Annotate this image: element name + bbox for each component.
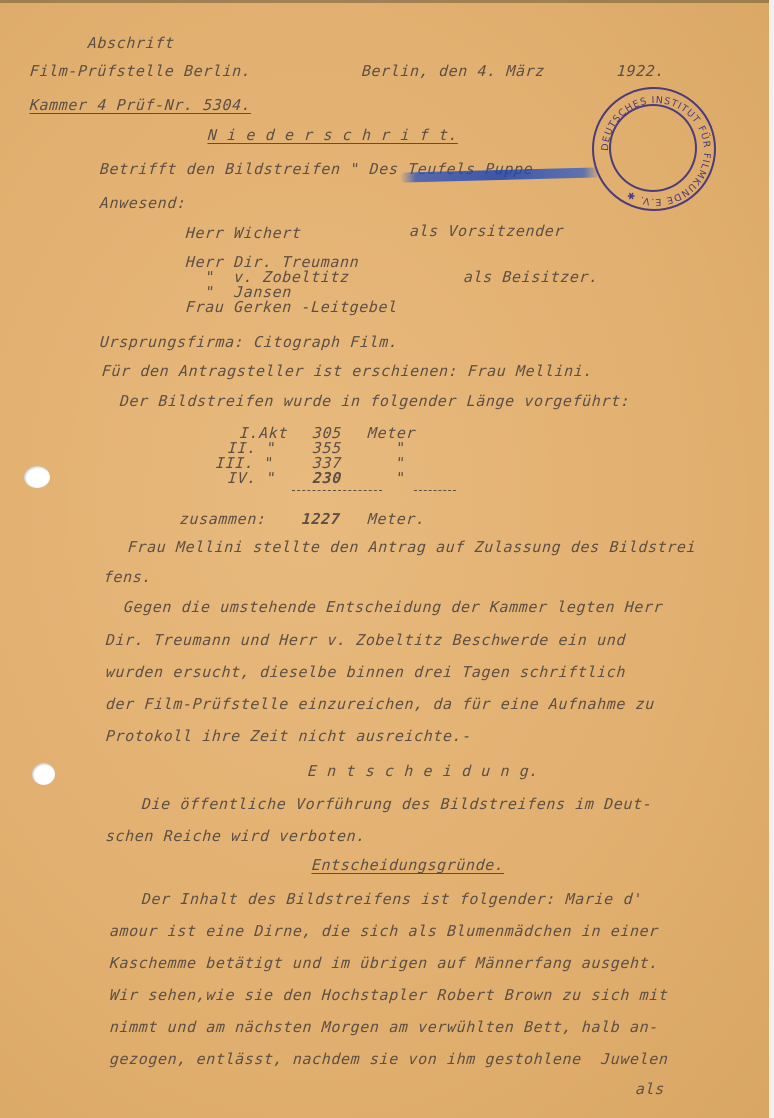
act-unit: Meter bbox=[367, 426, 416, 441]
document-page: Abschrift Film-Prüfstelle Berlin. Berlin… bbox=[0, 0, 774, 1118]
complaint-line: der Film-Prüfstelle einzureichen, da für… bbox=[105, 695, 655, 713]
reasons-line: Wir sehen,wie sie den Hochstapler Robert… bbox=[109, 986, 669, 1004]
complaint-line: Gegen die umstehende Entscheidung der Ka… bbox=[123, 598, 664, 616]
chamber-number: Kammer 4 Prüf-Nr. 5304. bbox=[29, 96, 252, 114]
punch-hole-bottom bbox=[32, 763, 55, 785]
institute-stamp: DEUTSCHES INSTITUT FÜR FILMKUNDE E.V. ✱ bbox=[592, 87, 716, 211]
reasons-line: Kaschemme betätigt und im übrigen auf Mä… bbox=[109, 954, 659, 972]
decision-line: schen Reiche wird verboten. bbox=[105, 827, 366, 845]
sum-rule bbox=[292, 490, 382, 491]
reasons-line: amour ist eine Dirne, die sich als Blume… bbox=[109, 922, 659, 940]
chair-role: als Vorsitzender bbox=[409, 222, 564, 240]
chair-name: Herr Wichert bbox=[185, 224, 302, 242]
application-line: Frau Mellini stellte den Antrag auf Zula… bbox=[127, 538, 696, 556]
act-unit: " bbox=[395, 471, 406, 486]
act-meters: 230 bbox=[312, 471, 342, 486]
year: 1922. bbox=[616, 62, 665, 80]
decision-line: Die öffentliche Vorführung des Bildstrei… bbox=[141, 795, 653, 813]
page-right-edge bbox=[769, 0, 774, 1118]
continuation-word: als bbox=[635, 1080, 665, 1098]
complaint-line: Dir. Treumann und Herr v. Zobeltitz Besc… bbox=[105, 631, 626, 649]
assessors-role: als Beisitzer. bbox=[463, 268, 599, 286]
svg-text:DEUTSCHES INSTITUT FÜR FILMKUN: DEUTSCHES INSTITUT FÜR FILMKUNDE E.V. ✱ bbox=[600, 95, 712, 207]
decision-heading: E n t s c h e i d u n g. bbox=[307, 762, 539, 780]
present-label: Anwesend: bbox=[99, 194, 187, 212]
total-meters: 1227 bbox=[301, 510, 341, 528]
application-line: fens. bbox=[103, 568, 152, 586]
reasons-line: Der Inhalt des Bildstreifens ist folgend… bbox=[141, 890, 643, 908]
assessor-4: Frau Gerken -Leitgebel bbox=[185, 300, 398, 315]
length-intro: Der Bildstreifen wurde in folgender Läng… bbox=[119, 392, 631, 410]
total-unit: Meter. bbox=[367, 510, 426, 528]
total-label: zusammen: bbox=[179, 510, 267, 528]
reasons-line: gezogen, entlässt, nachdem sie von ihm g… bbox=[109, 1050, 669, 1068]
stamp-text-ring: DEUTSCHES INSTITUT FÜR FILMKUNDE E.V. ✱ bbox=[591, 86, 721, 216]
origin-firm: Ursprungsfirma: Citograph Film. bbox=[99, 333, 399, 351]
act-label: IV. " bbox=[227, 471, 276, 486]
complaint-line: Protokoll ihre Zeit nicht ausreichte.- bbox=[105, 727, 472, 745]
sum-rule-right bbox=[414, 490, 456, 491]
complaint-line: wurden ersucht, dieselbe binnen drei Tag… bbox=[105, 663, 626, 681]
reasons-line: nimmt und am nächsten Morgen am verwühlt… bbox=[109, 1018, 659, 1036]
place-date: Berlin, den 4. März bbox=[361, 62, 545, 80]
page-top-edge bbox=[0, 0, 774, 3]
document-title: N i e d e r s c h r i f t. bbox=[207, 126, 459, 144]
office-name: Film-Prüfstelle Berlin. bbox=[29, 62, 252, 80]
punch-hole-top bbox=[24, 466, 50, 488]
reasons-heading: Entscheidungsgründe. bbox=[311, 856, 505, 874]
applicant-line: Für den Antragsteller ist erschienen: Fr… bbox=[101, 362, 593, 380]
copy-label: Abschrift bbox=[87, 34, 175, 52]
